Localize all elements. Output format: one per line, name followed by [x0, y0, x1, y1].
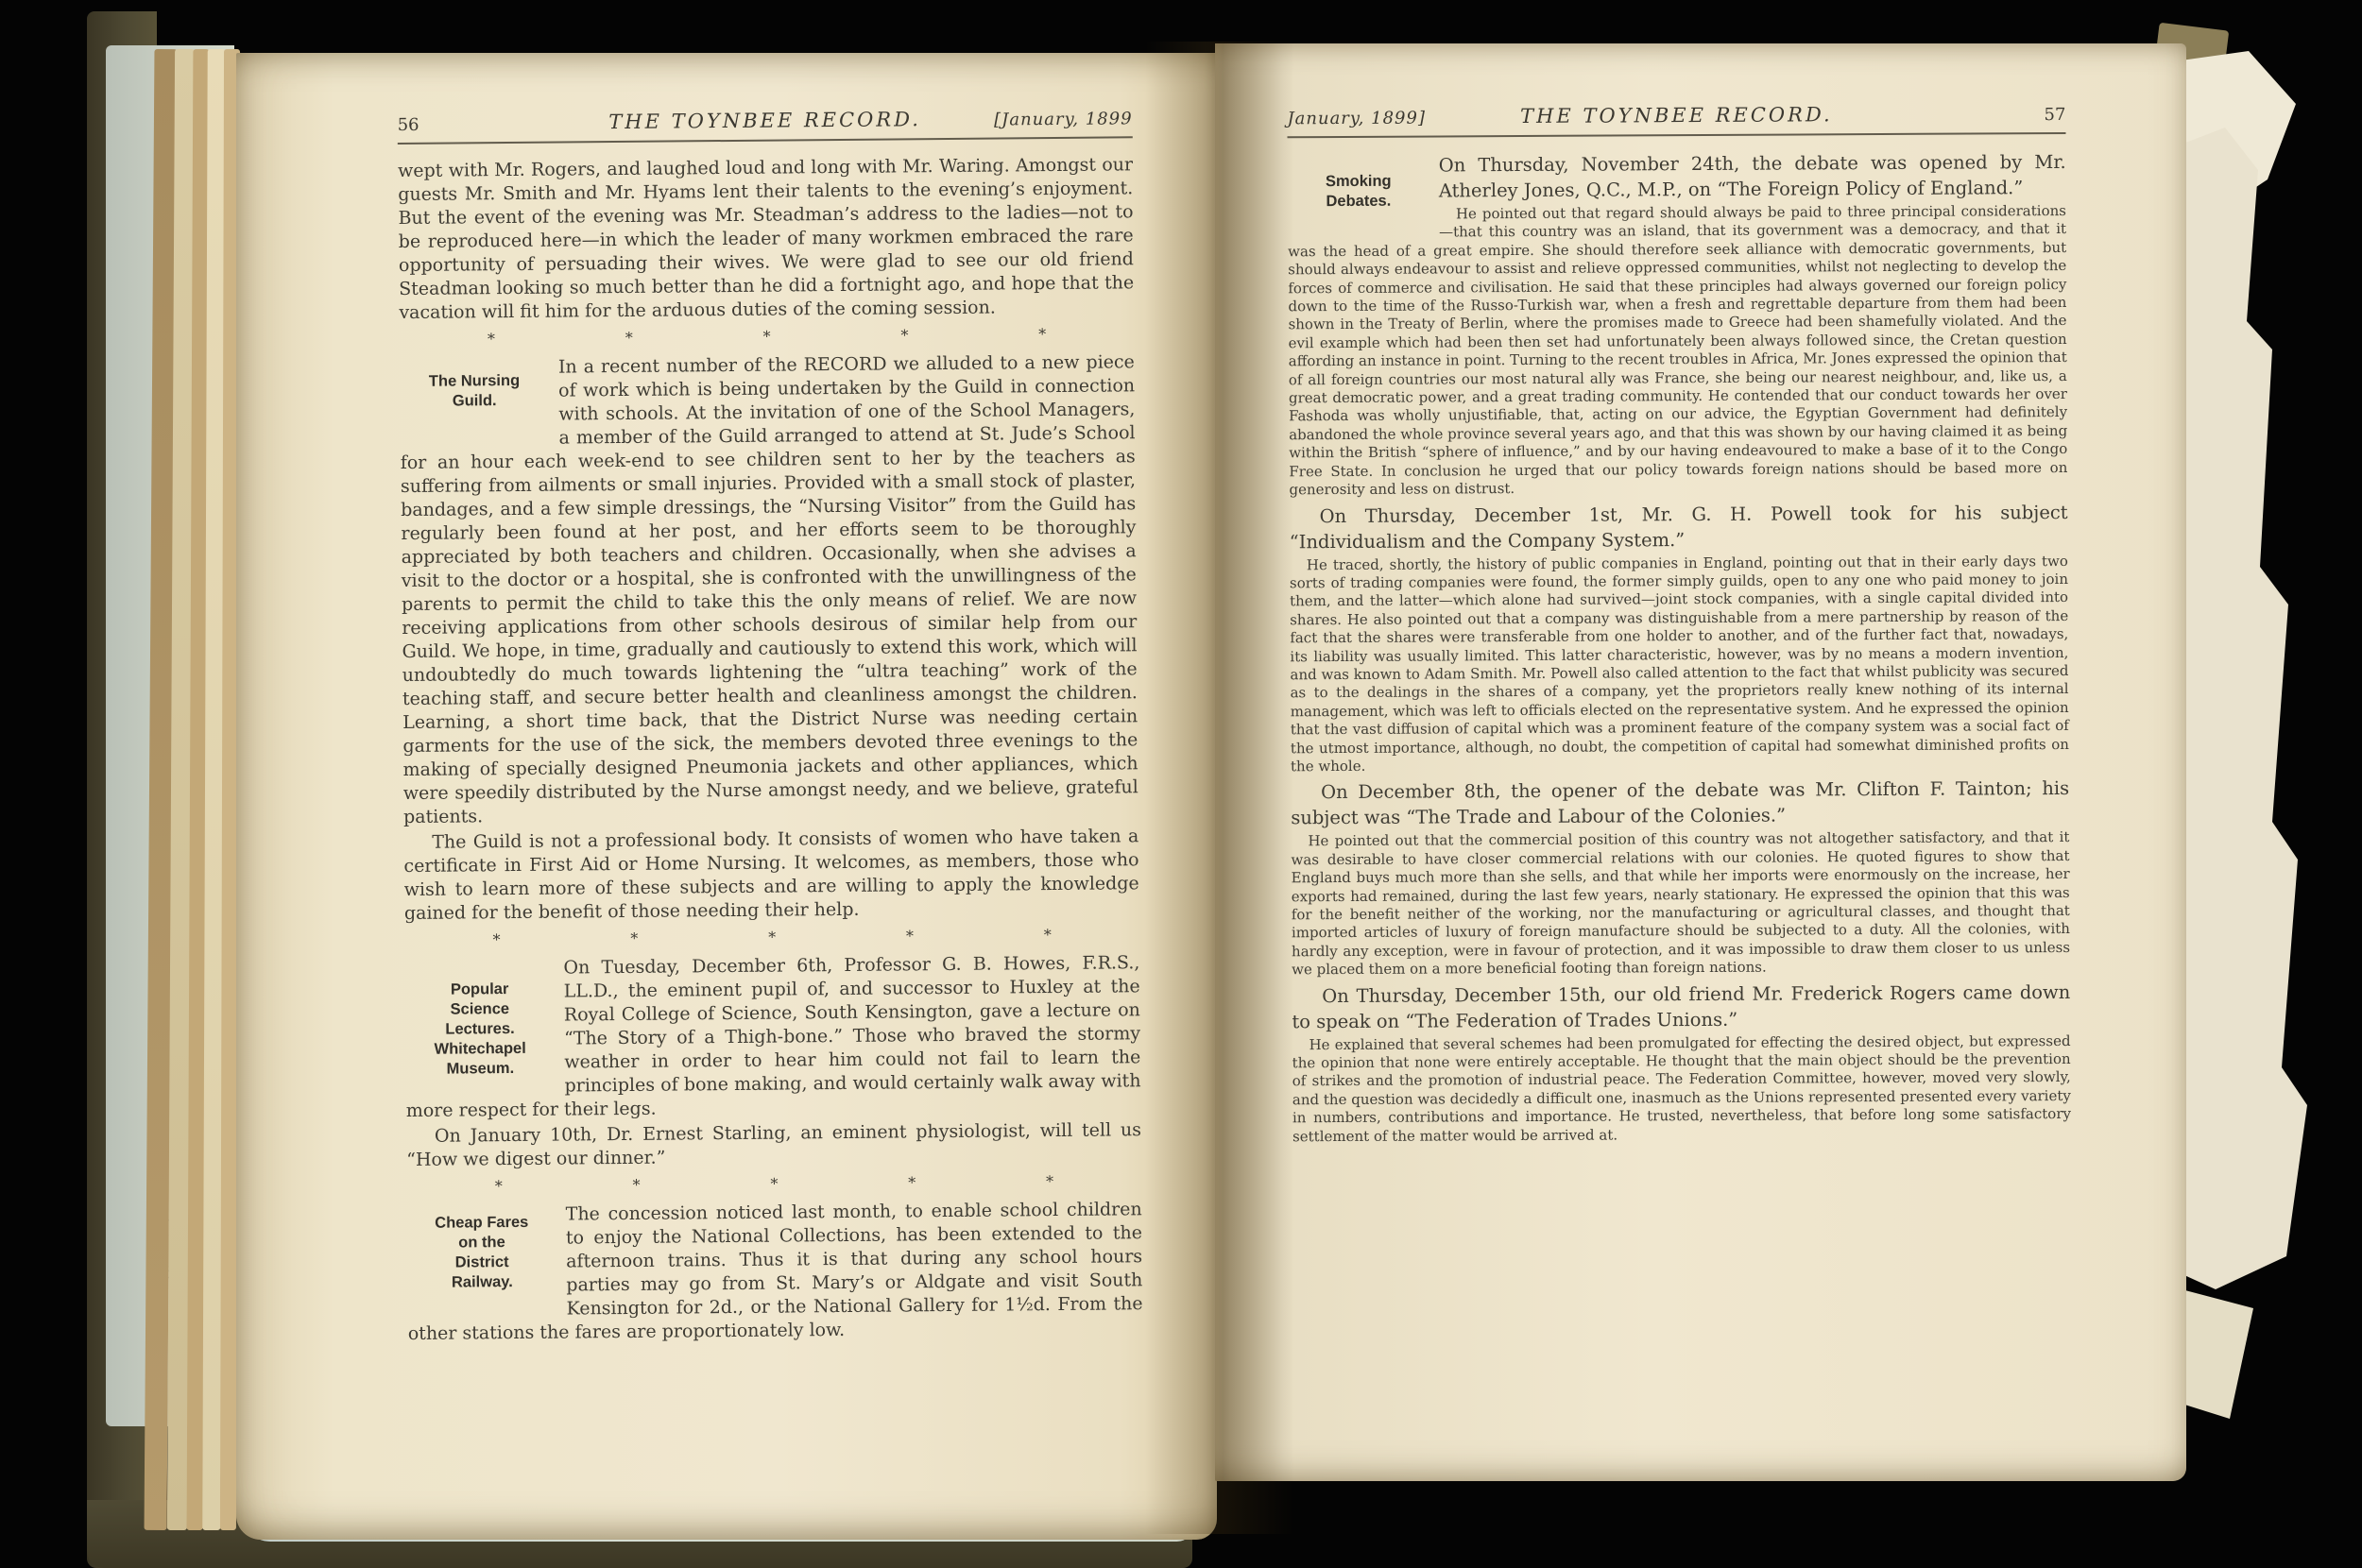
right-page-header: January, 1899] THE TOYNBEE RECORD. 57	[1287, 102, 2065, 138]
asterisk: *	[906, 928, 914, 945]
popular-science-paragraph-2: On January 10th, Dr. Ernest Starling, an…	[406, 1118, 1141, 1172]
nursing-guild-paragraph-2: The Guild is not a professional body. It…	[403, 825, 1139, 926]
asterisk-separator: *****	[488, 326, 1046, 348]
asterisk: *	[770, 1176, 778, 1193]
debate-lead-4: On Thursday, December 15th, our old frie…	[1292, 980, 2070, 1034]
journal-title: THE TOYNBEE RECORD.	[1492, 103, 1861, 128]
intro-paragraph: wept with Mr. Rogers, and laughed loud a…	[398, 153, 1134, 325]
asterisk: *	[1044, 927, 1052, 944]
debate-report-1: He pointed out that regard should always…	[1288, 202, 2068, 500]
book-photograph: L Wit Mr th th in th ar M C a 56 THE TOY…	[0, 0, 2362, 1568]
asterisk: *	[492, 931, 500, 948]
debate-report-2: He traced, shortly, the history of publi…	[1290, 552, 2069, 775]
left-page: 56 THE TOYNBEE RECORD. [January, 1899 we…	[236, 53, 1217, 1540]
asterisk: *	[1038, 326, 1046, 343]
debate-report-4: He explained that several schemes had be…	[1292, 1032, 2071, 1147]
asterisk: *	[488, 331, 495, 348]
asterisk: *	[900, 327, 908, 344]
left-page-number: 56	[398, 113, 581, 135]
asterisk: *	[633, 1177, 641, 1194]
section-cheap-fares: Cheap Fares on the District Railway. The…	[407, 1198, 1143, 1346]
asterisk: *	[908, 1174, 916, 1191]
asterisk-separator: *****	[492, 927, 1051, 948]
margin-heading-nursing-guild: The Nursing Guild.	[400, 356, 550, 429]
margin-heading-cheap-fares: Cheap Fares on the District Railway.	[407, 1203, 557, 1300]
section-smoking-debates: Smoking Debates. On Thursday, November 2…	[1288, 149, 2066, 204]
right-page: January, 1899] THE TOYNBEE RECORD. 57 Sm…	[1215, 43, 2186, 1481]
asterisk: *	[630, 930, 638, 947]
margin-heading-popular-science: Popular Science Lectures. Whitechapel Mu…	[404, 957, 555, 1080]
asterisk: *	[625, 330, 633, 347]
left-issue-date: [January, 1899	[950, 109, 1133, 130]
debate-lead-2: On Thursday, December 1st, Mr. G. H. Pow…	[1290, 499, 2068, 554]
section-popular-science: Popular Science Lectures. Whitechapel Mu…	[404, 951, 1140, 1123]
section-nursing-guild: The Nursing Guild. In a recent number of…	[400, 350, 1138, 829]
asterisk-separator: *****	[495, 1173, 1053, 1195]
journal-title: THE TOYNBEE RECORD.	[580, 108, 950, 133]
asterisk: *	[768, 929, 776, 946]
right-page-number: 57	[1861, 105, 2066, 126]
margin-heading-smoking-debates: Smoking Debates.	[1288, 153, 1429, 233]
asterisk: *	[1046, 1173, 1053, 1190]
debate-lead-3: On December 8th, the opener of the debat…	[1291, 775, 2069, 830]
right-issue-date: January, 1899]	[1287, 108, 1492, 128]
left-page-header: 56 THE TOYNBEE RECORD. [January, 1899	[398, 106, 1133, 145]
asterisk: *	[495, 1178, 503, 1195]
debate-report-3: He pointed out that the commercial posit…	[1291, 828, 2070, 980]
asterisk: *	[763, 329, 771, 346]
